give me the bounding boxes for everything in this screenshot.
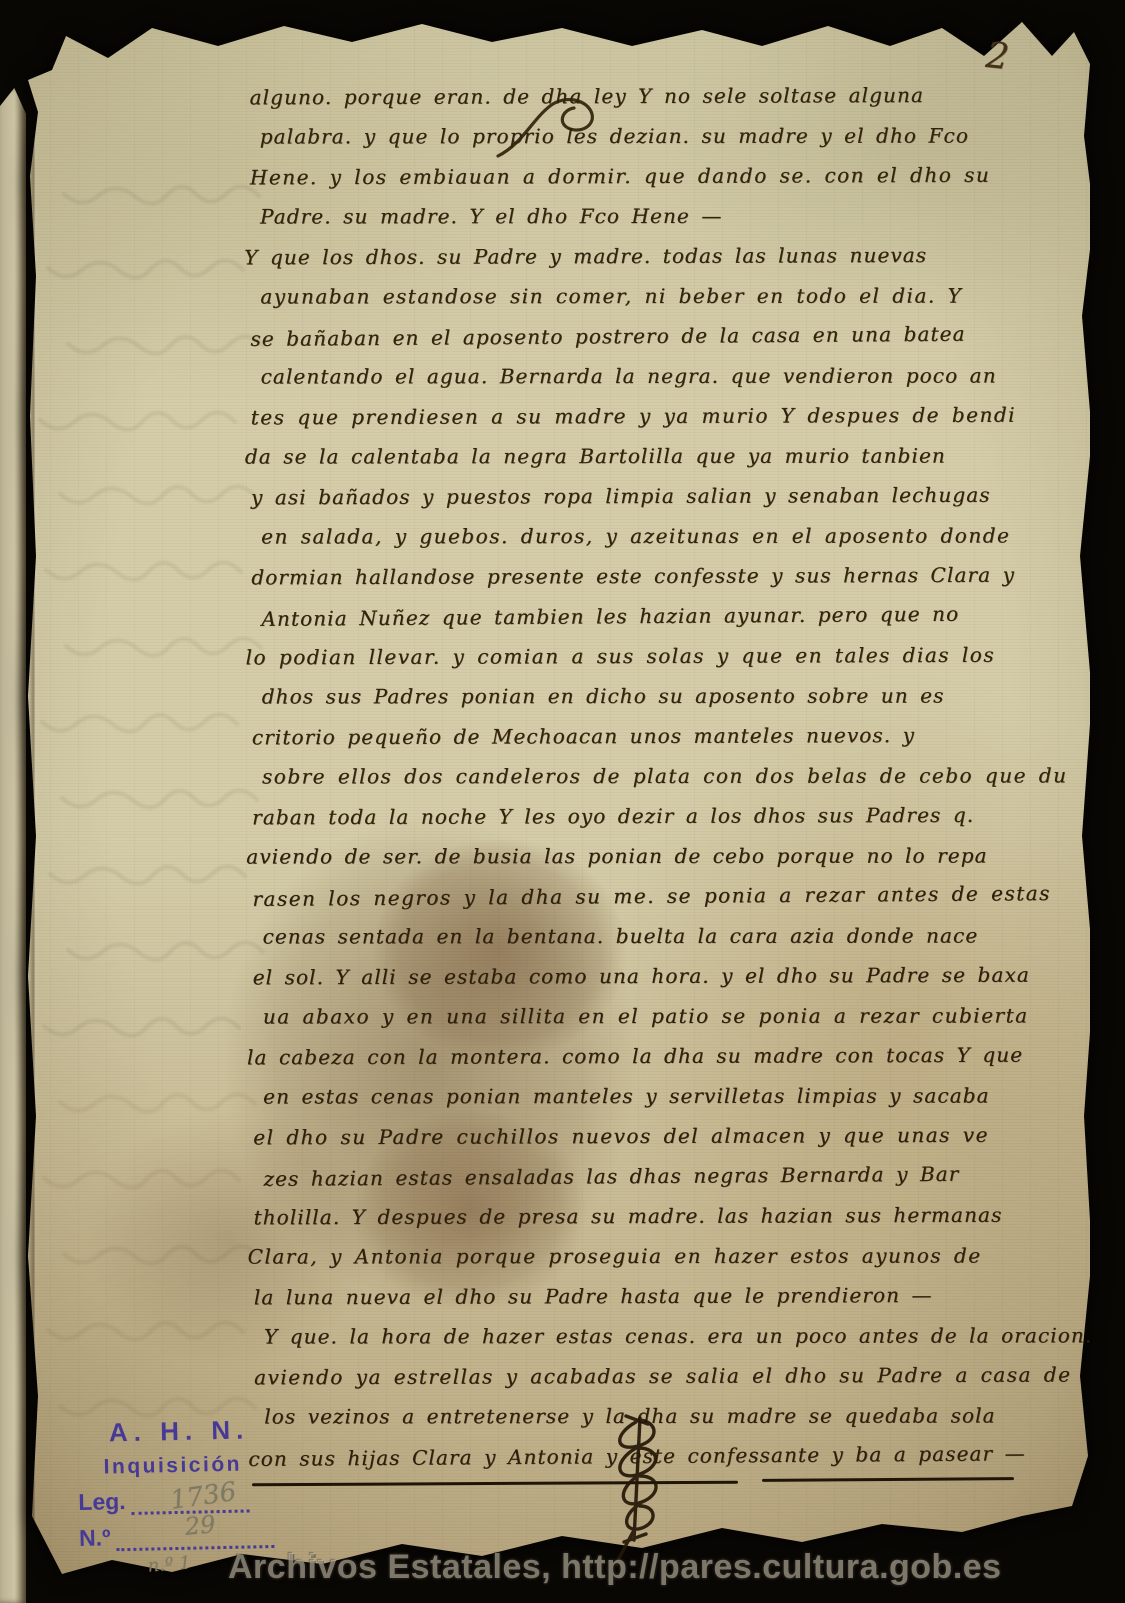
manuscript-line: la luna nueva el dho su Padre hasta que … <box>254 1275 1054 1318</box>
manuscript-line: calentando el agua. Bernarda la negra. q… <box>261 355 1051 396</box>
stamp-num-label: N.º <box>79 1524 111 1552</box>
manuscript-line: aviendo ya estrellas y acabadas se salia… <box>254 1355 1054 1398</box>
manuscript-line: alguno. porque eran. de dha ley Y no sel… <box>250 75 1050 118</box>
manuscript-line: tholilla. Y despues de presa su madre. l… <box>253 1195 1053 1238</box>
manuscript-line: sobre ellos dos candeleros de plata con … <box>262 755 1052 796</box>
manuscript-line: Clara, y Antonia porque proseguia en haz… <box>248 1235 1054 1276</box>
stamp-ahn: A. H. N. <box>109 1414 273 1448</box>
manuscript-line: da se la calentaba la negra Bartolilla q… <box>245 435 1051 476</box>
manuscript-line: palabra. y que lo proprio les dezian. su… <box>260 115 1050 156</box>
manuscript-line: el dho su Padre cuchillos nuevos del alm… <box>253 1115 1053 1158</box>
archive-scan-root: { "colors":{ "background":"#090704", "pa… <box>0 0 1125 1603</box>
manuscript-line: aviendo de ser. de busia las ponian de c… <box>246 835 1052 876</box>
manuscript-line: Antonia Nuñez que tambien les hazian ayu… <box>261 593 1051 639</box>
manuscript-line: se bañaban en el aposento postrero de la… <box>250 313 1050 359</box>
binding-crease <box>28 136 38 1536</box>
manuscript-line: ua abaxo y en una sillita en el patio se… <box>263 995 1053 1036</box>
manuscript-line: cenas sentada en la bentana. buelta la c… <box>263 915 1053 956</box>
manuscript-text: alguno. porque eran. de dha ley Y no sel… <box>250 75 1055 1478</box>
manuscript-line: zes hazian estas ensaladas las dhas negr… <box>263 1153 1053 1199</box>
watermark-text: Archivos Estatales, http://pares.cultura… <box>228 1548 1108 1587</box>
manuscript-line: Padre. su madre. Y el dho Fco Hene — <box>260 195 1050 236</box>
manuscript-line: en salada, y guebos. duros, y azeitunas … <box>261 515 1051 556</box>
manuscript-line: la cabeza con la montera. como la dha su… <box>247 1035 1053 1078</box>
stamp-num-value: 29 <box>184 1510 217 1541</box>
manuscript-line: en estas cenas ponian manteles y servill… <box>263 1075 1053 1116</box>
bleedthrough-texture <box>30 176 270 1476</box>
manuscript-line: tes que prendiesen a su madre y ya murio… <box>251 395 1051 438</box>
manuscript-line: Hene. y los embiauan a dormir. que dando… <box>250 155 1050 198</box>
manuscript-line: critorio pequeño de Mechoacan unos mante… <box>252 715 1052 758</box>
stamp-leg-label: Leg. <box>78 1488 126 1516</box>
pencil-annotation: n.º 1 <box>147 1553 191 1577</box>
manuscript-line: dormian hallandose presente este confess… <box>251 555 1051 598</box>
archive-stamp: A. H. N. Inquisición Leg. N.º 1736 29 n.… <box>77 1414 275 1552</box>
stamp-inquisicion: Inquisición <box>103 1452 273 1480</box>
manuscript-line: ayunaban estandose sin comer, ni beber e… <box>260 275 1050 316</box>
manuscript-line: rasen los negros y la dha su me. se poni… <box>252 873 1052 919</box>
folio-number: 2 <box>984 35 1011 78</box>
manuscript-line: lo podian llevar. y comian a sus solas y… <box>246 635 1052 678</box>
manuscript-line: raban toda la noche Y les oyo dezir a lo… <box>252 795 1052 838</box>
manuscript-line: dhos sus Padres ponian en dicho su apose… <box>262 675 1052 716</box>
manuscript-line: Y que los dhos. su Padre y madre. todas … <box>244 235 1050 278</box>
manuscript-line: y asi bañados y puestos ropa limpia sali… <box>251 475 1051 518</box>
manuscript-line: Y que. la hora de hazer estas cenas. era… <box>264 1315 1054 1356</box>
manuscript-line: el sol. Y alli se estaba como una hora. … <box>253 955 1053 998</box>
